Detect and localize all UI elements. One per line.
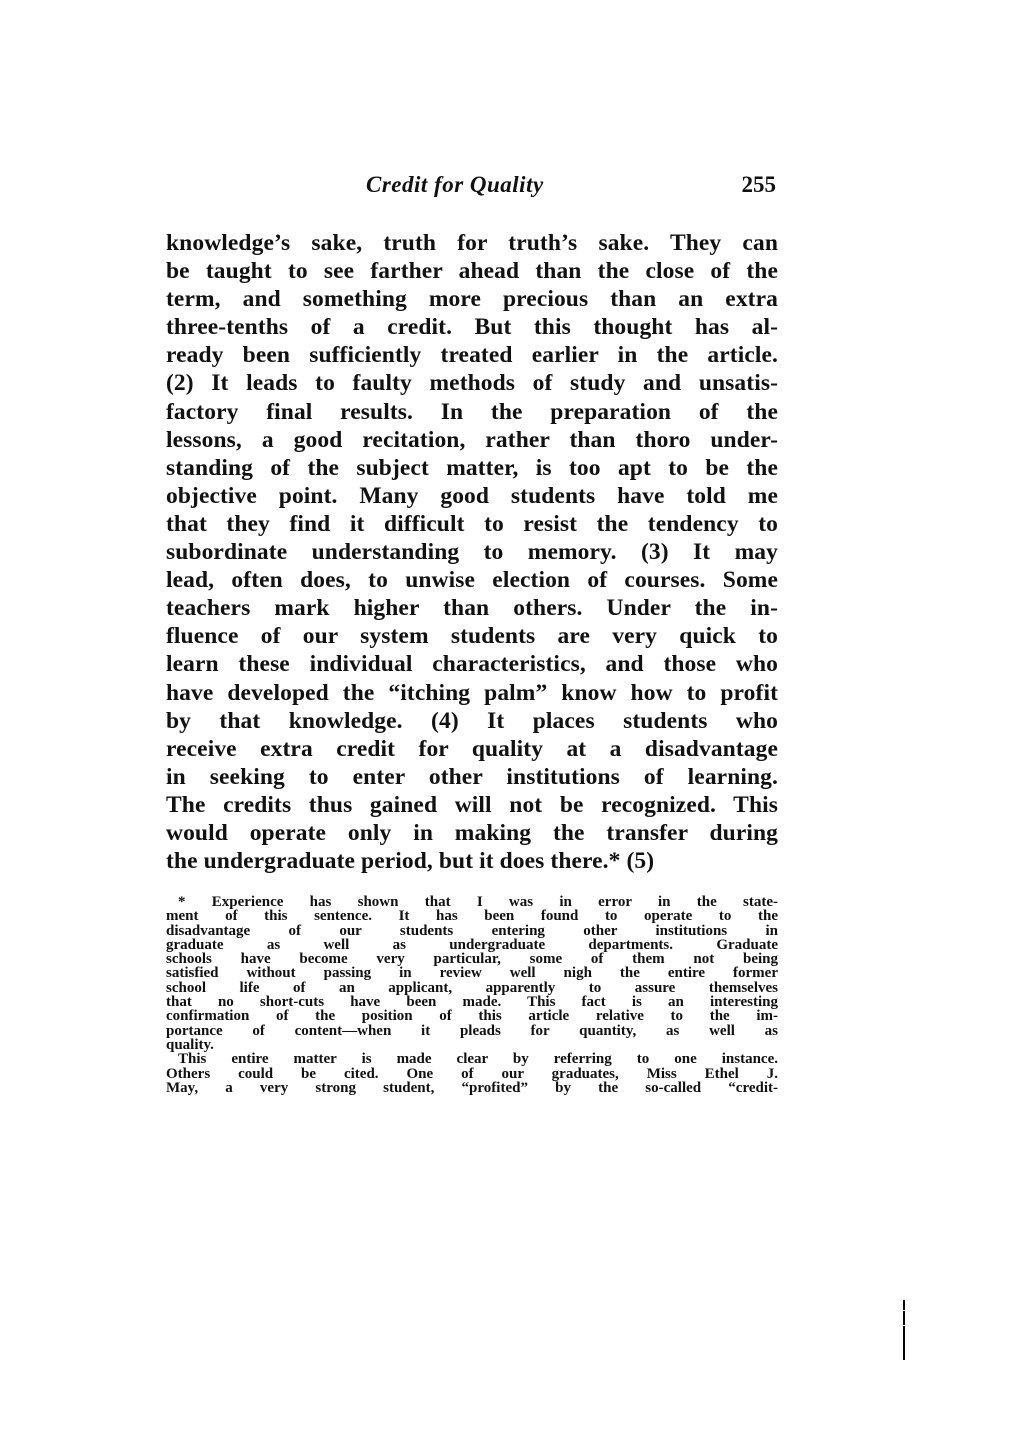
body-line: by that knowledge. (4) It places student… <box>166 707 778 735</box>
running-head: Credit for Quality 255 <box>166 172 776 200</box>
footnote-line: graduate as well as undergraduate depart… <box>166 938 778 952</box>
body-line: term, and something more precious than a… <box>166 285 778 313</box>
body-line: (2) It leads to faulty methods of study … <box>166 369 778 397</box>
footnote-line: quality. <box>166 1038 778 1052</box>
body-line: subordinate understanding to memory. (3)… <box>166 538 778 566</box>
body-line: that they find it difficult to resist th… <box>166 510 778 538</box>
page-number: 255 <box>742 172 777 198</box>
footnote-line: schools have become very particular, som… <box>166 952 778 966</box>
body-line: receive extra credit for quality at a di… <box>166 735 778 763</box>
footnote-line: that no short-cuts have been made. This … <box>166 995 778 1009</box>
body-line: learn these individual characteristics, … <box>166 650 778 678</box>
footnote-line: * Experience has shown that I was in err… <box>166 895 778 909</box>
footnote-line: confirmation of the position of this art… <box>166 1009 778 1023</box>
body-line: standing of the subject matter, is too a… <box>166 454 778 482</box>
body-text: knowledge’s sake, truth for truth’s sake… <box>166 229 778 875</box>
footnote-line: This entire matter is made clear by refe… <box>166 1052 778 1066</box>
footnote-line: satisfied without passing in review well… <box>166 966 778 980</box>
body-line: be taught to see farther ahead than the … <box>166 257 778 285</box>
body-line: The credits thus gained will not be reco… <box>166 791 778 819</box>
body-line: would operate only in making the transfe… <box>166 819 778 847</box>
body-line: knowledge’s sake, truth for truth’s sake… <box>166 229 778 257</box>
footnote-line: ment of this sentence. It has been found… <box>166 909 778 923</box>
body-line: lessons, a good recitation, rather than … <box>166 426 778 454</box>
edge-mark-gap <box>903 1310 905 1311</box>
body-line: teachers mark higher than others. Under … <box>166 594 778 622</box>
footnote-line: May, a very strong student, “profited” b… <box>166 1081 778 1095</box>
body-line: fluence of our system students are very … <box>166 622 778 650</box>
running-title: Credit for Quality <box>366 172 544 198</box>
body-line: have developed the “itching palm” know h… <box>166 679 778 707</box>
footnote: * Experience has shown that I was in err… <box>166 895 778 1095</box>
body-line: factory final results. In the preparatio… <box>166 398 778 426</box>
body-line: the undergraduate period, but it does th… <box>166 847 778 875</box>
body-line: objective point. Many good students have… <box>166 482 778 510</box>
footnote-line: Others could be cited. One of our gradua… <box>166 1067 778 1081</box>
body-line: ready been sufficiently treated earlier … <box>166 341 778 369</box>
page-edge-mark <box>903 1300 905 1360</box>
document-page: Credit for Quality 255 knowledge’s sake,… <box>0 0 1010 1454</box>
body-line: in seeking to enter other institutions o… <box>166 763 778 791</box>
footnote-line: portance of content—when it pleads for q… <box>166 1024 778 1038</box>
footnote-line: school life of an applicant, apparently … <box>166 981 778 995</box>
body-line: lead, often does, to unwise election of … <box>166 566 778 594</box>
edge-mark-gap <box>903 1325 905 1326</box>
footnote-line: disadvantage of our students entering ot… <box>166 924 778 938</box>
body-line: three-tenths of a credit. But this thoug… <box>166 313 778 341</box>
